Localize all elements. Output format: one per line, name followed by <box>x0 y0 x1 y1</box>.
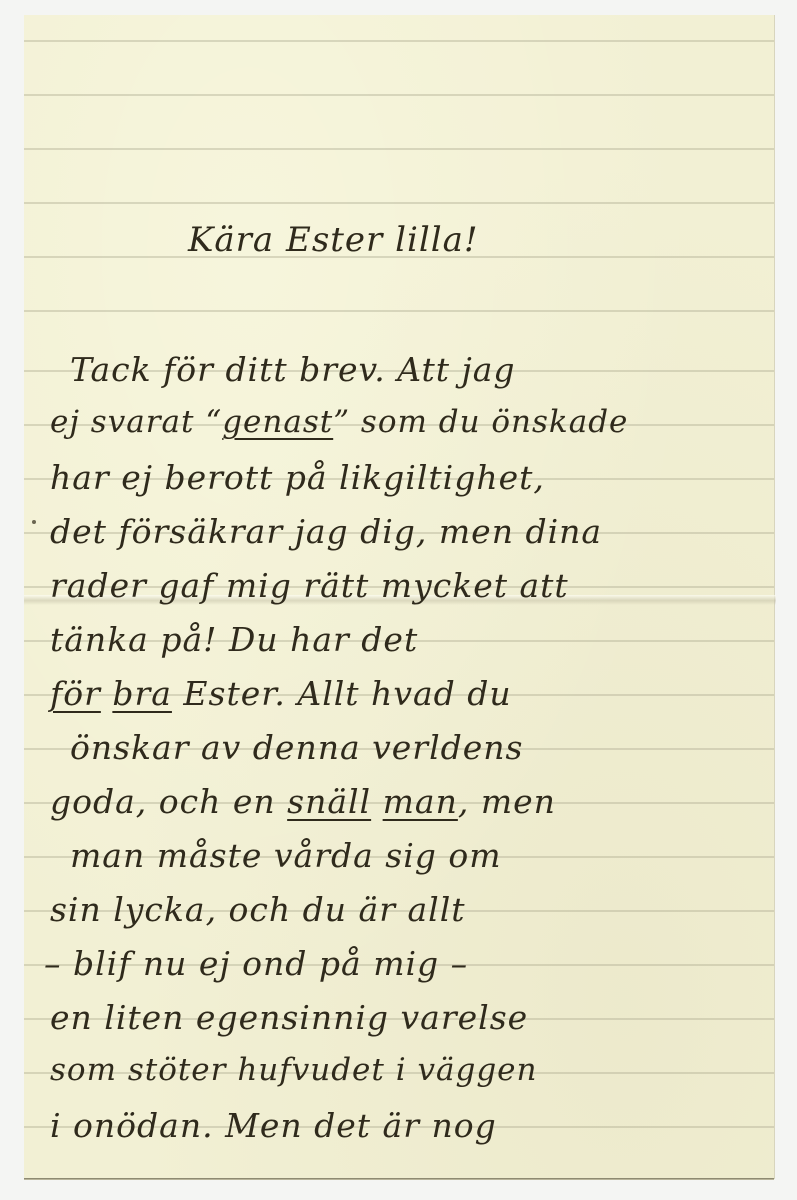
underlined-word: bra <box>112 674 172 713</box>
line-text: goda, och en <box>50 782 287 821</box>
ink-dot <box>32 520 36 524</box>
line-text: en liten egensinnig varelse <box>50 998 528 1037</box>
line-text: tänka på! Du har det <box>50 620 418 659</box>
line-text: – blif nu ej ond på mig – <box>44 944 468 983</box>
line-text: Tack för ditt brev. Att jag <box>70 350 516 389</box>
ruled-line <box>24 94 774 96</box>
letter-line-11: sin lycka, och du är allt <box>50 893 466 926</box>
line-text: , men <box>458 782 556 821</box>
ruled-line <box>24 202 774 204</box>
letter-line-12: – blif nu ej ond på mig – <box>44 947 468 980</box>
letter-line-15: i onödan. Men det är nog <box>50 1109 497 1142</box>
underlined-word: för <box>50 674 101 713</box>
letter-line-10: man måste vårda sig om <box>70 839 502 872</box>
line-text: önskar av denna verldens <box>70 728 523 767</box>
letter-line-9: goda, och en snäll man, men <box>50 785 556 818</box>
line-text: ” som du önskade <box>333 404 628 440</box>
letter-line-5: rader gaf mig rätt mycket att <box>50 569 569 602</box>
letter-line-1: Tack för ditt brev. Att jag <box>70 353 516 386</box>
underlined-word: snäll <box>287 782 371 821</box>
letter-line-13: en liten egensinnig varelse <box>50 1001 528 1034</box>
line-text: ej svarat “ <box>50 404 222 440</box>
line-text: i onödan. Men det är nog <box>50 1106 497 1145</box>
letter-line-4: det försäkrar jag dig, men dina <box>50 515 602 548</box>
salutation: Kära Ester lilla! <box>188 223 479 257</box>
letter-page: Kära Ester lilla! Tack för ditt brev. At… <box>24 15 774 1179</box>
line-text: har ej berott på likgiltighet, <box>50 458 545 497</box>
line-text <box>101 674 113 713</box>
line-text: det försäkrar jag dig, men dina <box>50 512 602 551</box>
line-text: Ester. Allt hvad du <box>172 674 512 713</box>
underlined-word: man <box>383 782 458 821</box>
letter-line-3: har ej berott på likgiltighet, <box>50 461 545 494</box>
underlined-word: genast <box>222 404 333 440</box>
line-text <box>371 782 383 821</box>
ruled-line <box>24 310 774 312</box>
letter-line-2: ej svarat “genast” som du önskade <box>50 407 628 438</box>
line-text: man måste vårda sig om <box>70 836 502 875</box>
ruled-line <box>24 40 774 42</box>
letter-line-14: som stöter hufvudet i väggen <box>50 1055 537 1086</box>
letter-line-8: önskar av denna verldens <box>70 731 523 764</box>
line-text: sin lycka, och du är allt <box>50 890 466 929</box>
letter-line-6: tänka på! Du har det <box>50 623 418 656</box>
line-text: som stöter hufvudet i väggen <box>50 1052 537 1088</box>
line-text: rader gaf mig rätt mycket att <box>50 566 569 605</box>
letter-line-7: för bra Ester. Allt hvad du <box>50 677 512 710</box>
ruled-line <box>24 148 774 150</box>
